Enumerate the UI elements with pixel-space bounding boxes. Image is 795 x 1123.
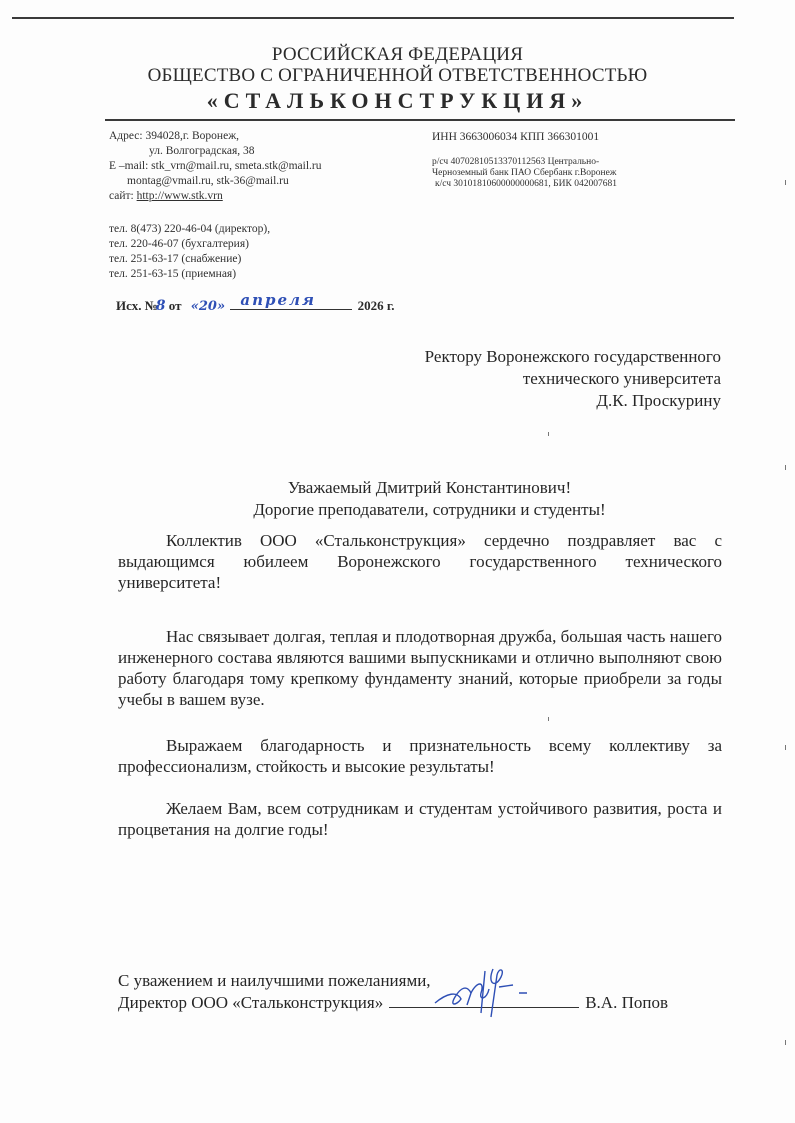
phone-supply: тел. 251-63-17 (снабжение) xyxy=(109,252,270,267)
site-label: сайт: xyxy=(109,190,137,202)
letterhead-bottom-rule xyxy=(105,119,735,121)
signature-closing: С уважением и наилучшими пожеланиями, xyxy=(118,970,718,992)
addressee-line-2: технического университета xyxy=(425,368,721,390)
scan-mark xyxy=(548,432,549,436)
body-paragraph-2: Нас связывает долгая, теплая и плодотвор… xyxy=(118,626,722,710)
ref-prefix: Исх. № xyxy=(116,298,158,313)
bank-name-line: Черноземный банк ПАО Сбербанк г.Воронеж xyxy=(432,168,617,179)
signature-position: Директор ООО «Сталькон­струкция» xyxy=(118,993,383,1012)
scan-mark xyxy=(785,745,786,750)
bank-details: р/сч 40702810513370112563 Центрально- Че… xyxy=(432,157,617,190)
site-link[interactable]: http://www.stk.vrn xyxy=(137,190,223,202)
site-line: сайт: http://www.stk.vrn xyxy=(109,189,322,204)
body-paragraph-1: Коллектив ООО «Сталькон­струкция» сердеч… xyxy=(118,530,722,593)
ref-from: от xyxy=(169,298,182,313)
contacts-block: Адрес: 394028,г. Воронеж, ул. Волгоградс… xyxy=(109,129,322,204)
addressee-block: Ректору Воронежского государственного те… xyxy=(425,346,721,412)
signature-row: Директор ООО «Сталькон­струкция» В.А. По… xyxy=(118,992,718,1014)
greeting-line-1: Уважаемый Дмитрий Константинович! xyxy=(32,477,795,499)
body-paragraph-3: Выражаем благодарность и признательность… xyxy=(118,735,722,777)
ref-date-line: апреля xyxy=(230,297,352,310)
addressee-line-3: Д.К. Проскурину xyxy=(425,390,721,412)
email-line-1: E –mail: stk_vrn@mail.ru, smeta.stk@mail… xyxy=(109,159,322,174)
phone-reception: тел. 251-63-15 (приемная) xyxy=(109,267,270,282)
corr-account-line: к/сч 30101810600000000681, БИК 042007681 xyxy=(432,179,617,190)
bank-account-line: р/сч 40702810513370112563 Центрально- xyxy=(432,157,617,168)
scan-mark xyxy=(785,1040,786,1045)
ref-number-handwritten: 8 xyxy=(156,298,166,314)
ref-day-handwritten: «20» xyxy=(191,299,225,314)
address-line-2: ул. Волгоградская, 38 xyxy=(109,144,322,159)
letterhead-company-name: «СТАЛЬКОНСТРУКЦИЯ» xyxy=(0,88,795,114)
scan-mark xyxy=(785,180,786,185)
greeting-line-2: Дорогие преподаватели, сотрудники и студ… xyxy=(32,499,795,521)
letterhead-org-type: ОБЩЕСТВО С ОГРАНИЧЕННОЙ ОТВЕТСТВЕННОСТЬЮ xyxy=(0,65,795,87)
phones-block: тел. 8(473) 220-46-04 (директор), тел. 2… xyxy=(109,222,270,282)
inn-kpp: ИНН 3663006034 КПП 366301001 xyxy=(432,130,599,145)
address-line-1: Адрес: 394028,г. Воронеж, xyxy=(109,129,322,144)
signature-block: С уважением и наилучшими пожеланиями, Ди… xyxy=(118,970,718,1014)
greeting-block: Уважаемый Дмитрий Константинович! Дороги… xyxy=(32,477,795,521)
handwritten-signature-icon xyxy=(427,963,547,1019)
signature-name: В.А. Попов xyxy=(585,993,668,1012)
letterhead-country: РОССИЙСКАЯ ФЕДЕРАЦИЯ xyxy=(0,44,795,66)
ref-year: 2026 г. xyxy=(358,298,395,313)
scan-mark xyxy=(548,717,549,721)
outgoing-reference: Исх. №8 от «20» апреля 2026 г. xyxy=(116,297,395,314)
signature-line xyxy=(389,993,579,1008)
phone-accounting: тел. 220-46-07 (бухгалтерия) xyxy=(109,237,270,252)
addressee-line-1: Ректору Воронежского государственного xyxy=(425,346,721,368)
scan-mark xyxy=(785,465,786,470)
top-rule xyxy=(12,17,734,19)
body-paragraph-4: Желаем Вам, всем сотрудникам и студентам… xyxy=(118,798,722,840)
email-line-2: montag@vmail.ru, stk-36@mail.ru xyxy=(109,174,322,189)
phone-director: тел. 8(473) 220-46-04 (директор), xyxy=(109,222,270,237)
ref-month-handwritten: апреля xyxy=(240,291,316,309)
